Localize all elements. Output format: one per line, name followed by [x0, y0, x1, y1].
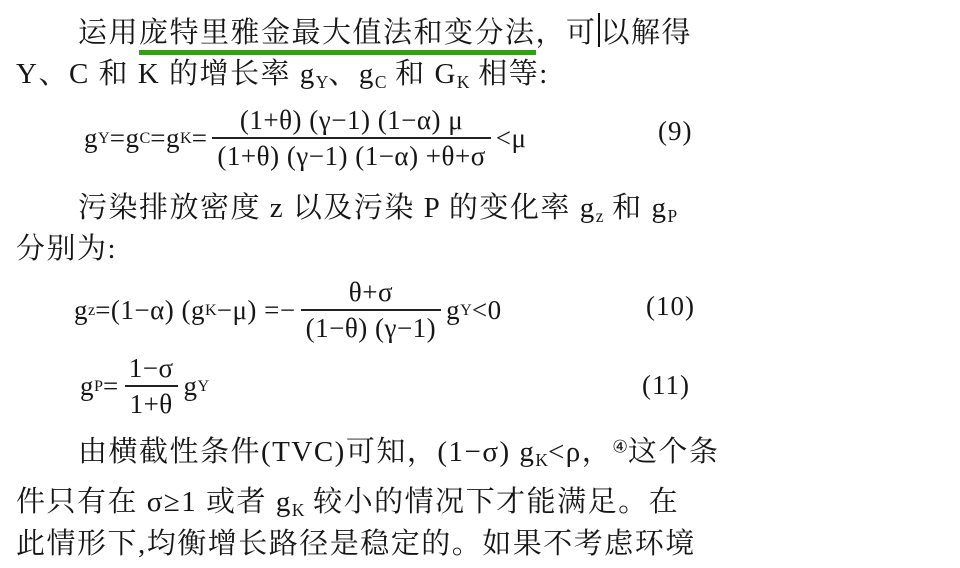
var-GK: G — [434, 58, 456, 90]
eq9-eq1: = — [110, 123, 126, 154]
footnote-4-marker: ④ — [612, 436, 628, 456]
eq11-g1-sub: P — [94, 377, 103, 396]
eq9-g2-sub: C — [139, 129, 150, 148]
var-gY: g — [300, 58, 316, 90]
var-gz: g — [580, 192, 596, 224]
equation-11-number: (11) — [642, 370, 690, 401]
eq9-g2: g — [125, 123, 139, 154]
eq9-rhs: <μ — [496, 123, 527, 154]
eq9-g3-sub: K — [180, 129, 192, 148]
var-gY-sub: Y — [316, 72, 329, 92]
equation-11: gP= 1−σ 1+θ gY — [80, 352, 209, 420]
eq10-g2-sub: Y — [460, 301, 472, 320]
eq10-fraction: θ+σ (1−θ) (γ−1) — [301, 276, 442, 345]
eq9-g3: g — [166, 123, 180, 154]
eq11-eq: = — [103, 371, 119, 402]
p3-l2-tail: 较小的情况下才能满足。在 — [304, 486, 679, 518]
equation-9-number: (9) — [658, 116, 692, 147]
eq10-g1-sub: z — [88, 301, 95, 320]
p3-l1-ineq: <ρ， — [548, 436, 612, 468]
eq9-g1: g — [84, 123, 98, 154]
paragraph1-line1: 运用庞特里雅金最大值法和变分法，可以解得 — [78, 13, 692, 53]
green-underline-annotation: 庞特里雅金最大值法和变分法 — [139, 17, 536, 55]
eq10-mid2: −μ) =− — [217, 295, 296, 326]
paper-page: 运用庞特里雅金最大值法和变分法，可以解得 Y、C 和 K 的增长率 gY、gC … — [0, 0, 960, 568]
eq10-mid1: =(1−α) (g — [95, 295, 205, 326]
paragraph1-line2: Y、C 和 K 的增长率 gY、gC 和 GK 相等: — [16, 56, 549, 94]
p1-l2-comma: 、 — [328, 58, 359, 90]
paragraph2-line2: 分别为: — [16, 231, 117, 269]
eq11-fraction: 1−σ 1+θ — [124, 352, 179, 421]
eq9-denominator: (1+θ) (γ−1) (1−α) +θ+σ — [212, 137, 490, 172]
p2-l1-text: 污染排放密度 z 以及污染 P 的变化率 — [78, 192, 580, 224]
paragraph3-line3: 此情形下,均衡增长路径是稳定的。如果不考虑环境 — [16, 526, 696, 564]
eq10-g1: g — [74, 295, 88, 326]
p3-var-gK: g — [519, 436, 535, 468]
equation-9: gY=gC=gK= (1+θ) (γ−1) (1−α) μ (1+θ) (γ−1… — [84, 101, 526, 175]
p3-l2-gK: g — [276, 486, 292, 518]
var-gP: g — [651, 192, 667, 224]
eq11-numerator: 1−σ — [124, 352, 179, 385]
var-GK-sub: K — [457, 72, 470, 92]
eq9-numerator: (1+θ) (γ−1) (1−α) μ — [235, 104, 468, 137]
p1-l2-tail: 相等: — [469, 58, 548, 90]
eq11-g2-sub: Y — [198, 377, 210, 396]
eq10-g2: g — [446, 295, 460, 326]
eq10-numerator: θ+σ — [344, 276, 398, 309]
p1-l1-lead: 运用 — [78, 17, 139, 49]
eq11-g2: g — [184, 371, 198, 402]
paragraph3-line2: 件只有在 σ≥1 或者 gK 较小的情况下才能满足。在 — [16, 484, 679, 522]
p3-l2-gK-sub: K — [292, 500, 305, 520]
eq10-mid1-sub: K — [205, 301, 217, 320]
equation-10-number: (10) — [646, 291, 695, 322]
p3-var-gK-sub: K — [535, 450, 548, 470]
eq10-denominator: (1−θ) (γ−1) — [301, 309, 442, 344]
p3-l2-text: 件只有在 σ≥1 或者 — [16, 486, 276, 518]
eq11-g1: g — [80, 371, 94, 402]
eq9-g1-sub: Y — [98, 129, 110, 148]
p1-l1-mid: ，可 — [536, 17, 597, 49]
equation-10: gz=(1−α) (gK−μ) =− θ+σ (1−θ) (γ−1) gY<0 — [74, 274, 502, 346]
eq10-rhs: <0 — [472, 295, 502, 326]
text-caret — [598, 13, 600, 47]
paragraph2-line1: 污染排放密度 z 以及污染 P 的变化率 gz 和 gP — [78, 190, 677, 228]
p2-l1-and: 和 — [603, 192, 651, 224]
p1-l1-tail: 以解得 — [601, 17, 693, 49]
p1-l2-and: 和 — [386, 58, 434, 90]
var-gC-sub: C — [375, 72, 387, 92]
p1-l2-text: Y、C 和 K 的增长率 — [16, 58, 300, 90]
paragraph3-line1: 由横截性条件(TVC)可知，(1−σ) gK<ρ，④这个条 — [78, 434, 719, 472]
p3-l1-text: 由横截性条件(TVC)可知，(1−σ) — [78, 436, 519, 468]
eq9-fraction: (1+θ) (γ−1) (1−α) μ (1+θ) (γ−1) (1−α) +θ… — [212, 104, 490, 173]
eq9-eq3: = — [192, 123, 208, 154]
eq11-denominator: 1+θ — [125, 385, 178, 420]
p3-l1-tail: 这个条 — [628, 436, 720, 468]
eq9-eq2: = — [150, 123, 166, 154]
var-gC: g — [359, 58, 375, 90]
var-gP-sub: P — [667, 206, 677, 226]
